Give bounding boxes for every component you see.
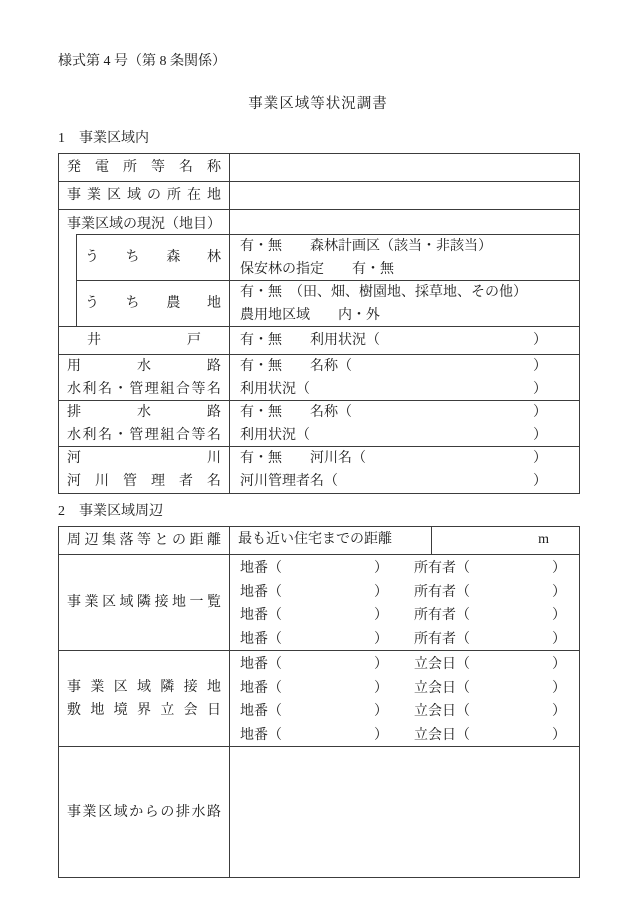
parcel-line: 地番（） 立会日（） (230, 699, 579, 723)
row-river: 河川 河川管理者名 有・無 河川名（） 河川管理者名（） (59, 447, 579, 493)
row-facility-name: 発電所等名称 (59, 154, 579, 182)
close-paren: ） (552, 700, 566, 720)
form-number: 様式第 4 号（第 8 条関係） (58, 52, 578, 72)
outflow-label-cell: 事業区域からの排水路 (59, 747, 229, 877)
close-paren: ） (533, 470, 547, 493)
irrigation-label-cell: 用水路 水利名・管理組合等名 (59, 355, 229, 400)
parcel-line: 地番（） 立会日（） (230, 651, 579, 675)
farmland-detail-cell: 有・無 （田、畑、樹園地、採草地、その他） 農用地区域 内・外 (229, 281, 579, 326)
close-paren: ） (374, 557, 388, 577)
close-paren: ） (552, 628, 566, 648)
table-business-area: 発電所等名称 事業区域の所在地 事業区域の現況（地目） うち森林 有・無 森林計… (58, 153, 580, 494)
close-paren: ） (374, 700, 388, 720)
parcel-line: 地番（） 所有者（） (230, 579, 579, 603)
river-detail-cell: 有・無 河川名（） 河川管理者名（） (229, 447, 579, 493)
river-manager-line: 河川管理者名（） (230, 470, 579, 493)
farmland-label-cell: うち農地 (76, 281, 229, 326)
outflow-blank-cell (229, 747, 579, 877)
land-status-label: 事業区域の現況（地目） (59, 210, 229, 235)
close-paren: ） (552, 557, 566, 577)
river-name-line: 有・無 河川名（） (230, 447, 579, 470)
forest-detail-cell: 有・無 森林計画区（該当・非該当） 保安林の指定 有・無 (229, 235, 579, 281)
well-usage-line: 有・無 利用状況（） (230, 329, 579, 352)
drainage-label-cell: 排水路 水利名・管理組合等名 (59, 401, 229, 446)
row-irrigation-channel: 用水路 水利名・管理組合等名 有・無 名称（） 利用状況（） (59, 355, 579, 401)
facility-name-label: 発電所等名称 (59, 154, 229, 181)
row-current-land-status: 事業区域の現況（地目） (59, 210, 579, 235)
close-paren: ） (374, 677, 388, 697)
irrigation-usage-line: 利用状況（） (230, 378, 579, 401)
row-distance-to-settlement: 周辺集落等との距離 最も近い住宅までの距離 m (59, 527, 579, 555)
drainage-name-line: 有・無 名称（） (230, 401, 579, 424)
row-adjacent-parcels: 事業区域隣接地一覧 地番（） 所有者（） 地番（） 所有者（） 地番（） 所有者… (59, 555, 579, 651)
distance-label-cell: 周辺集落等との距離 (59, 527, 229, 554)
distance-unit-cell: m (431, 527, 579, 554)
section-2-heading: 2 事業区域周辺 (58, 502, 578, 522)
row-area-location: 事業区域の所在地 (59, 182, 579, 210)
close-paren: ） (533, 401, 547, 424)
close-paren: ） (533, 378, 547, 401)
close-paren: ） (533, 424, 547, 447)
parcel-line: 地番（） 立会日（） (230, 675, 579, 699)
close-paren: ） (374, 653, 388, 673)
irrigation-detail-cell: 有・無 名称（） 利用状況（） (229, 355, 579, 400)
table-surroundings: 周辺集落等との距離 最も近い住宅までの距離 m 事業区域隣接地一覧 地番（） 所… (58, 526, 580, 878)
close-paren: ） (552, 724, 566, 744)
parcel-line: 地番（） 所有者（） (230, 626, 579, 650)
well-label-cell: 井戸 (59, 327, 229, 354)
close-paren: ） (533, 355, 547, 378)
close-paren: ） (374, 581, 388, 601)
facility-name-blank-cell (229, 154, 579, 181)
parcel-line: 地番（） 所有者（） (230, 603, 579, 627)
parcel-line: 地番（） 立会日（） (230, 722, 579, 746)
drainage-usage-line: 利用状況（） (230, 424, 579, 447)
close-paren: ） (533, 447, 547, 470)
parcel-line: 地番（） 所有者（） (230, 555, 579, 579)
drainage-detail-cell: 有・無 名称（） 利用状況（） (229, 401, 579, 446)
row-outflow-drainage: 事業区域からの排水路 (59, 747, 579, 877)
spacer (59, 235, 76, 281)
area-location-label: 事業区域の所在地 (59, 182, 229, 209)
adjacent-parcels-detail-cell: 地番（） 所有者（） 地番（） 所有者（） 地番（） 所有者（） 地番（） 所有… (229, 555, 579, 650)
close-paren: ） (552, 604, 566, 624)
row-well: 井戸 有・無 利用状況（） (59, 327, 579, 355)
page-title: 事業区域等状況調書 (58, 94, 578, 115)
close-paren: ） (374, 628, 388, 648)
document-page: 様式第 4 号（第 8 条関係） 事業区域等状況調書 1 事業区域内 発電所等名… (0, 0, 630, 878)
close-paren: ） (374, 724, 388, 744)
section-1-heading: 1 事業区域内 (58, 129, 578, 149)
nearest-house-label: 最も近い住宅までの距離 (229, 527, 431, 554)
well-detail-cell: 有・無 利用状況（） (229, 327, 579, 354)
close-paren: ） (533, 329, 547, 352)
close-paren: ） (374, 604, 388, 624)
spacer (59, 281, 76, 326)
close-paren: ） (552, 581, 566, 601)
row-drainage-channel: 排水路 水利名・管理組合等名 有・無 名称（） 利用状況（） (59, 401, 579, 447)
close-paren: ） (552, 677, 566, 697)
row-forest-portion: うち森林 有・無 森林計画区（該当・非該当） 保安林の指定 有・無 (59, 235, 579, 281)
land-status-blank-cell (229, 210, 579, 235)
boundary-label-cell: 事業区域隣接地 敷地境界立会日 (59, 651, 229, 746)
irrigation-name-line: 有・無 名称（） (230, 355, 579, 378)
row-farmland-portion: うち農地 有・無 （田、畑、樹園地、採草地、その他） 農用地区域 内・外 (59, 281, 579, 327)
river-label-cell: 河川 河川管理者名 (59, 447, 229, 493)
forest-label-cell: うち森林 (76, 235, 229, 281)
area-location-blank-cell (229, 182, 579, 209)
close-paren: ） (552, 653, 566, 673)
row-boundary-witness-dates: 事業区域隣接地 敷地境界立会日 地番（） 立会日（） 地番（） 立会日（） 地番… (59, 651, 579, 747)
adjacent-parcels-label-cell: 事業区域隣接地一覧 (59, 555, 229, 650)
boundary-detail-cell: 地番（） 立会日（） 地番（） 立会日（） 地番（） 立会日（） 地番（） 立会… (229, 651, 579, 746)
